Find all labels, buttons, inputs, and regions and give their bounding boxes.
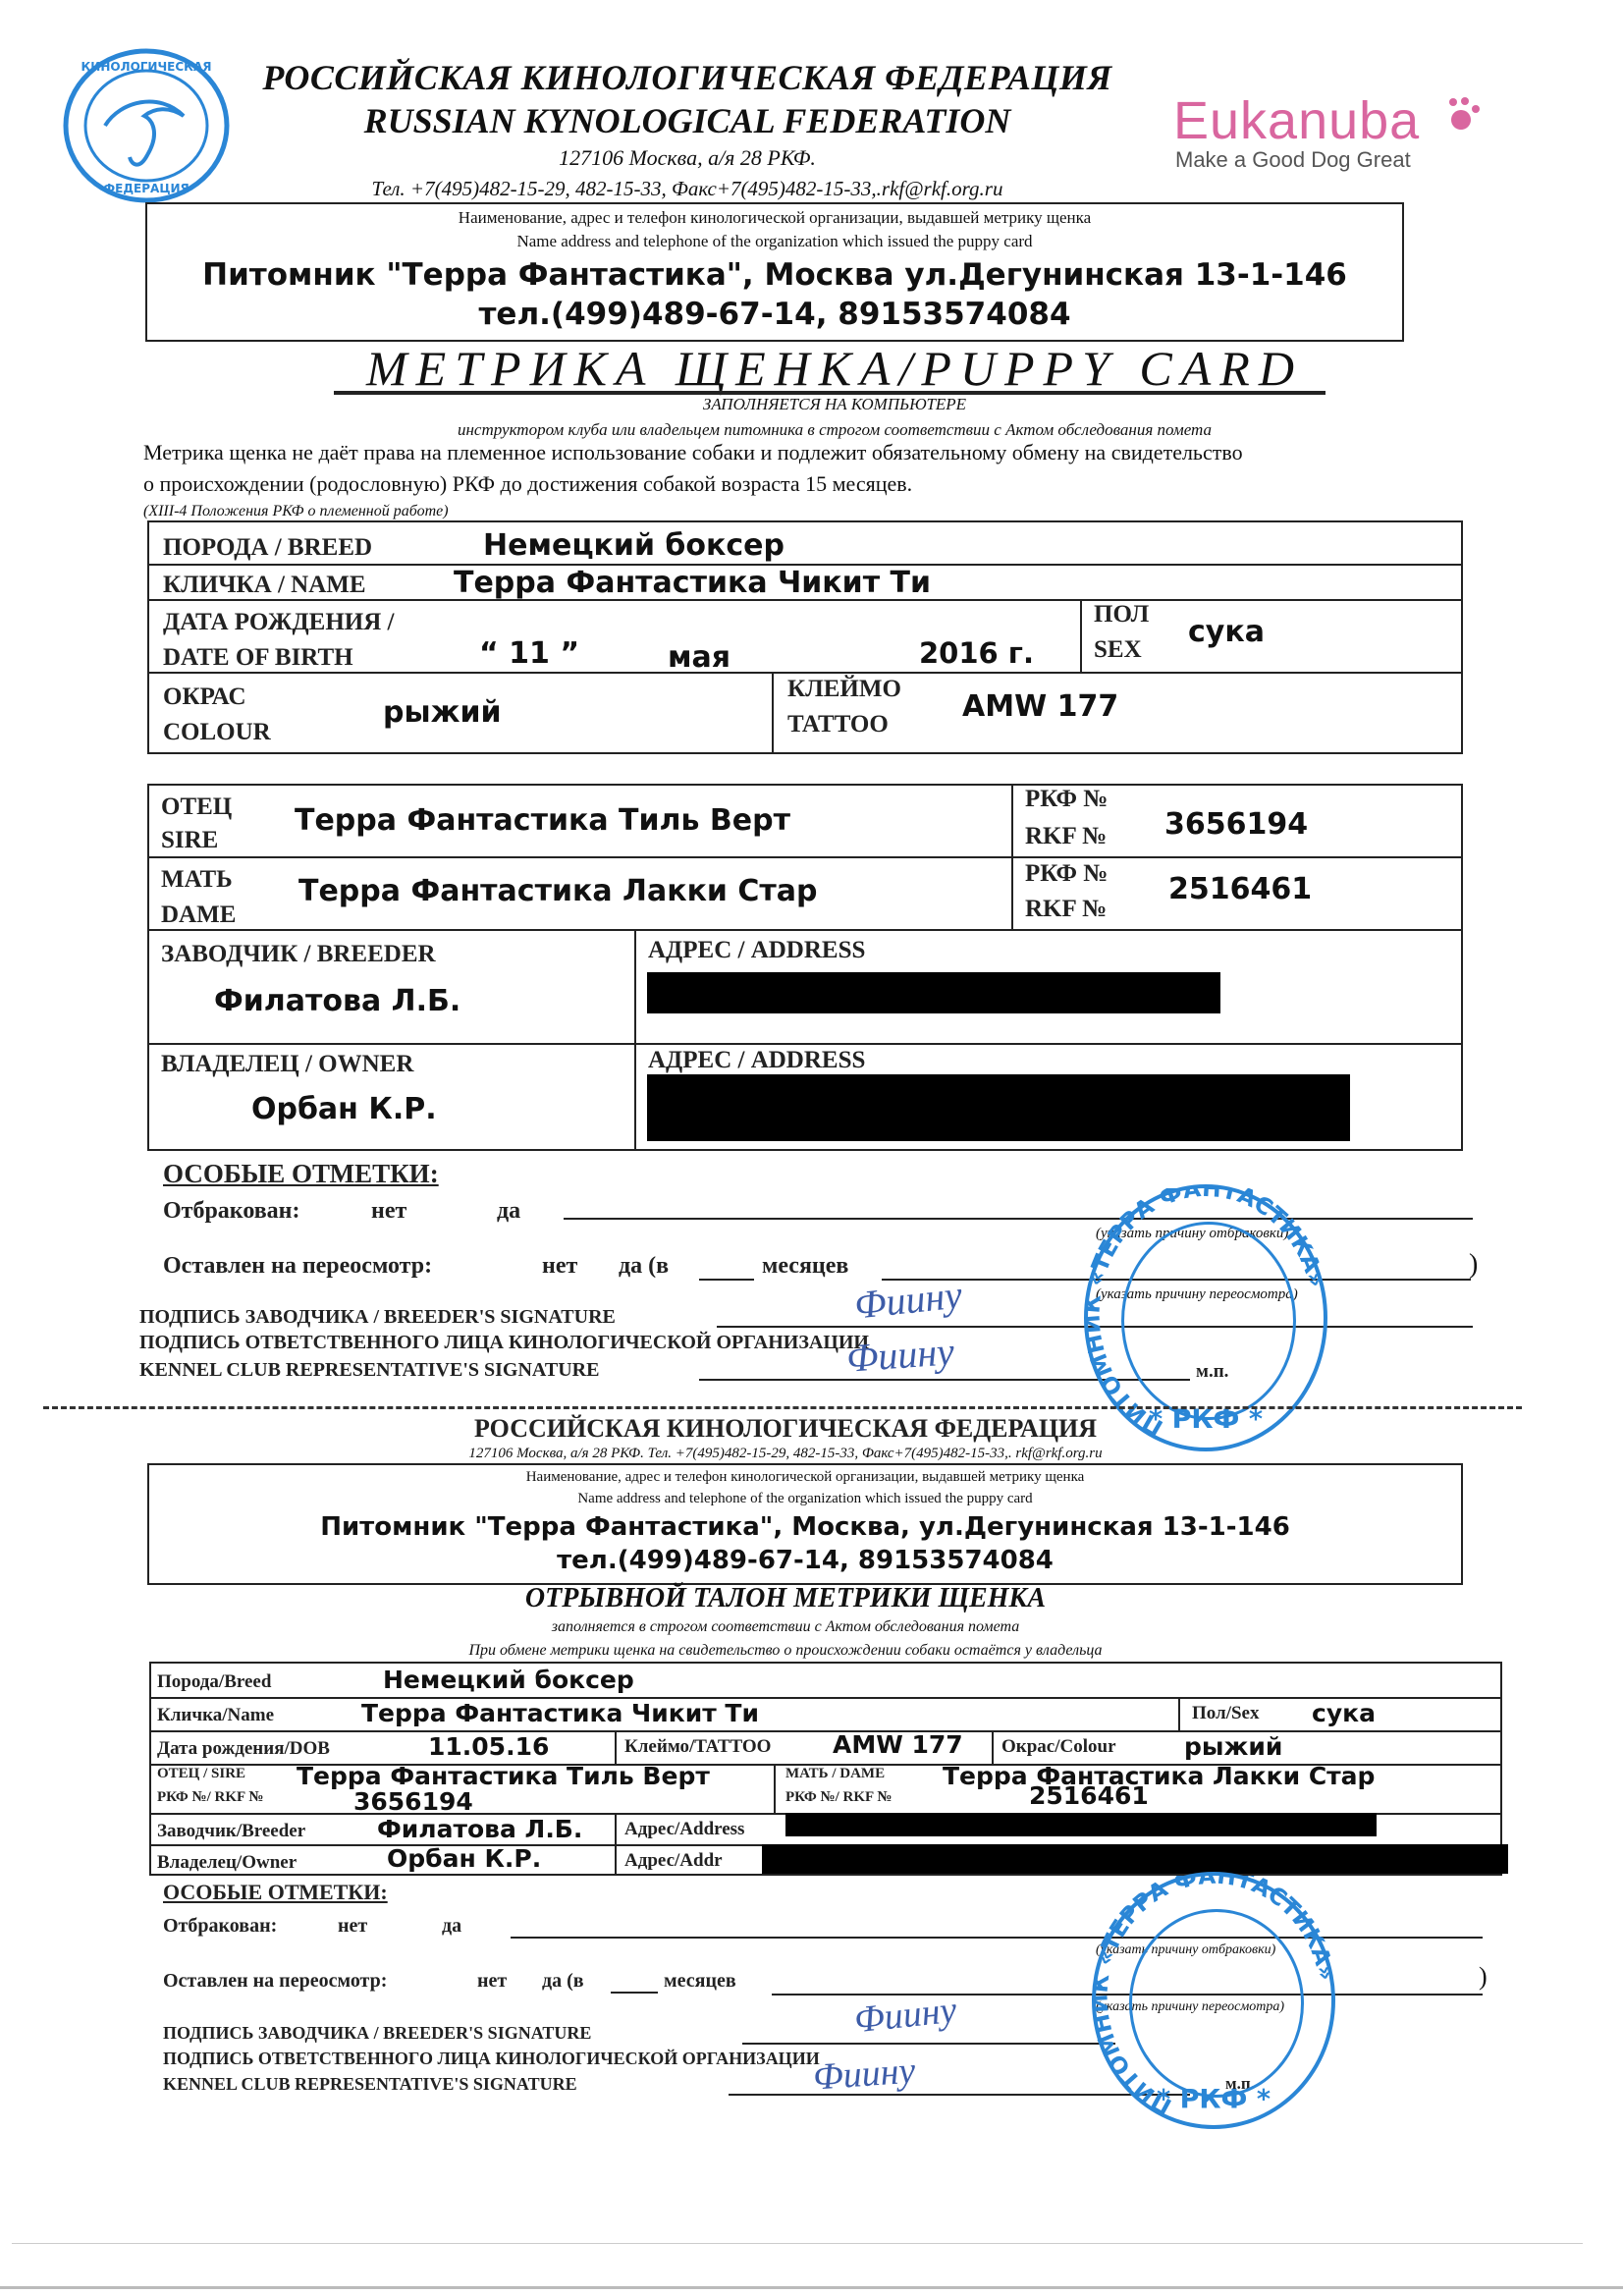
name-value: Терра Фантастика Чикит Ти [454,566,931,600]
club-signature: Фиину [844,1328,955,1382]
row-divider [149,1697,1502,1699]
rkf-logo-icon: КИНОЛОГИЧЕСКАЯ ФЕДЕРАЦИЯ [61,47,232,204]
stub-owner-value: Орбан К.Р. [387,1844,541,1873]
card-subtitle2: инструктором клуба или владельцем питомн… [236,420,1434,440]
stub-colour-value: рыжий [1184,1732,1282,1761]
stub-review-no: нет [477,1970,507,1993]
stub-dob-value: 11.05.16 [428,1732,549,1761]
sire-rkf-label-en: RKF № [1025,823,1107,850]
dob-year: 2016 г. [919,636,1034,670]
stub-sire-label: ОТЕЦ / SIRE [157,1766,245,1782]
col-divider [772,672,774,754]
tattoo-label-en: TATTOO [787,711,889,738]
stub-club-sig-label-en: KENNEL CLUB REPRESENTATIVE'S SIGNATURE [163,2074,577,2095]
stub-subtitle1: заполняется в строгом соответствии с Акт… [295,1618,1276,1636]
stub-issuer-caption-ru: Наименование, адрес и телефон кинологиче… [147,1469,1463,1486]
stub-culled-reason-line[interactable] [511,1937,1483,1939]
stub-club-signature: Фиину [812,2049,917,2099]
dob-label-ru: ДАТА РОЖДЕНИЯ / [163,609,394,636]
svg-text:ПИТОМНИК «ТЕРРА ФАНТАСТИКА»: ПИТОМНИК «ТЕРРА ФАНТАСТИКА» [1088,1188,1324,1441]
club-sig-label-ru: ПОДПИСЬ ОТВЕТСТВЕННОГО ЛИЦА КИНОЛОГИЧЕСК… [139,1332,869,1354]
stub-review-label: Оставлен на переосмотр: [163,1970,387,1993]
dame-label-ru: МАТЬ [161,866,233,894]
row-divider [147,929,1463,931]
sex-label-en: SEX [1094,636,1142,664]
review-no: нет [542,1253,577,1280]
dob-label-en: DATE OF BIRTH [163,644,353,672]
stub-breeder-value: Филатова Л.Б. [377,1815,582,1843]
sire-rkf-label-ru: РКФ № [1025,786,1108,813]
stub-review-yes: да (в [542,1970,584,1993]
dame-value: Терра Фантастика Лакки Стар [298,874,818,908]
stub-breeder-sig-line[interactable] [742,2043,1115,2045]
issuer-caption-ru: Наименование, адрес и телефон кинологиче… [145,208,1404,228]
stub-dame-rkf-label: РКФ №/ RKF № [785,1789,892,1806]
card-notice-ref: (XIII-4 Положения РКФ о племенной работе… [143,503,449,520]
colour-label-en: COLOUR [163,719,271,746]
col-divider [634,929,636,1151]
stub-issuer-caption-en: Name address and telephone of the organi… [147,1491,1463,1507]
breeder-signature: Фиину [852,1271,964,1328]
review-label: Оставлен на переосмотр: [163,1253,432,1280]
stub-sire-rkf-label: РКФ №/ RKF № [157,1789,263,1806]
stamp-outer-text: ПИТОМНИК «ТЕРРА ФАНТАСТИКА» [1088,1188,1324,1441]
stub-kennel-stamp: ПИТОМНИК «ТЕРРА ФАНТАСТИКА» * РКФ * [1092,1872,1335,2129]
culled-yes: да [497,1198,520,1225]
col-divider [1011,784,1013,929]
name-label: КЛИЧКА / NAME [163,572,366,599]
stamp-ring-icon: ПИТОМНИК «ТЕРРА ФАНТАСТИКА» * РКФ * [1096,1876,1331,2125]
owner-address-label: АДРЕС / ADDRESS [648,1047,865,1074]
stub-dame-label: МАТЬ / DAME [785,1766,885,1782]
colour-value: рыжий [383,695,502,730]
stub-review-paren: ) [1479,1962,1488,1992]
stub-name-label: Кличка/Name [157,1705,274,1726]
stub-breed-label: Порода/Breed [157,1671,271,1693]
issuer-caption-en: Name address and telephone of the organi… [145,232,1404,251]
org-postal: 127106 Москва, а/я 28 РКФ. [245,145,1129,171]
col-divider [774,1764,776,1813]
culled-reason-line[interactable] [564,1218,1473,1220]
tear-line [43,1406,1522,1409]
sire-value: Терра Фантастика Тиль Верт [295,803,790,838]
tattoo-value: AMW 177 [962,689,1118,724]
breeder-sig-label: ПОДПИСЬ ЗАВОДЧИКА / BREEDER'S SIGNATURE [139,1306,616,1329]
stub-review-months-line[interactable] [611,1992,658,1994]
stub-dame-value: Терра Фантастика Лакки Стар [943,1762,1375,1790]
org-title-ru: РОССИЙСКАЯ КИНОЛОГИЧЕСКАЯ ФЕДЕРАЦИЯ [245,57,1129,98]
breed-value: Немецкий боксер [483,528,784,563]
sire-label-en: SIRE [161,827,218,854]
sex-label-ru: ПОЛ [1094,601,1149,629]
marks-title: ОСОБЫЕ ОТМЕТКИ: [163,1159,439,1189]
row-divider [147,672,1463,674]
stub-dame-rkf-value: 2516461 [1029,1781,1149,1810]
review-months: месяцев [762,1253,848,1280]
dob-day: “ 11 ” [479,636,579,671]
stub-breeder-signature: Фиину [852,1989,958,2043]
issuer-line1: Питомник "Терра Фантастика", Москва ул.Д… [145,257,1404,293]
breeder-label: ЗАВОДЧИК / BREEDER [161,941,436,968]
kennel-stamp: ПИТОМНИК «ТЕРРА ФАНТАСТИКА» * РКФ * [1084,1184,1327,1451]
stub-breed-value: Немецкий боксер [383,1666,634,1694]
stub-breeder-label: Заводчик/Breeder [157,1821,305,1842]
page-edge [0,2286,1623,2289]
svg-text:ФЕДЕРАЦИЯ: ФЕДЕРАЦИЯ [103,182,189,195]
stub-tattoo-label: Клеймо/TATTOO [624,1736,771,1758]
stub-issuer-line1: Питомник "Терра Фантастика", Москва, ул.… [147,1512,1463,1542]
svg-text:КИНОЛОГИЧЕСКАЯ: КИНОЛОГИЧЕСКАЯ [81,60,212,74]
row-divider [147,1043,1463,1045]
stub-breeder-sig-label: ПОДПИСЬ ЗАВОДЧИКА / BREEDER'S SIGNATURE [163,2023,591,2044]
col-divider [1080,599,1082,672]
stub-stamp-bottom-text: * РКФ * [1157,2084,1271,2114]
stub-sire-value: Терра Фантастика Тиль Верт [297,1762,710,1790]
stub-marks-title: ОСОБЫЕ ОТМЕТКИ: [163,1880,388,1905]
svg-text:ПИТОМНИК «ТЕРРА ФАНТАСТИКА»: ПИТОМНИК «ТЕРРА ФАНТАСТИКА» [1096,1876,1331,2120]
stub-name-value: Терра Фантастика Чикит Ти [361,1699,759,1727]
org-title-en: RUSSIAN KYNOLOGICAL FEDERATION [245,100,1129,141]
stub-colour-label: Окрас/Colour [1001,1736,1116,1758]
stub-sex-value: сука [1312,1699,1376,1727]
owner-address-redacted [647,1074,1350,1141]
review-months-line[interactable] [699,1279,754,1281]
colour-label-ru: ОКРАС [163,683,246,711]
card-title: МЕТРИКА ЩЕНКА/PUPPY CARD [295,340,1375,397]
stub-tattoo-value: AMW 177 [833,1730,963,1759]
dame-rkf-label-ru: РКФ № [1025,860,1108,888]
stub-title: ОТРЫВНОЙ ТАЛОН МЕТРИКИ ЩЕНКА [295,1583,1276,1614]
dame-rkf-label-en: RKF № [1025,896,1107,923]
card-notice-line1: Метрика щенка не даёт права на племенное… [143,440,1243,465]
sire-rkf-value: 3656194 [1164,807,1308,842]
stub-owner-address-label: Адрес/Addr [624,1850,723,1872]
stub-issuer-line2: тел.(499)489-67-14, 89153574084 [147,1546,1463,1575]
row-divider [147,856,1463,858]
breeder-value: Филатова Л.Б. [214,984,460,1018]
stub-owner-address-redacted [762,1844,1508,1874]
col-divider [615,1730,617,1764]
stub-contacts: 127106 Москва, а/я 28 РКФ. Тел. +7(495)4… [295,1446,1276,1462]
culled-no: нет [371,1198,406,1225]
eukanuba-logo: Eukanuba Make a Good Dog Great [1173,90,1507,179]
review-paren: ) [1469,1249,1478,1281]
paw-icon [1443,96,1483,139]
org-contacts: Тел. +7(495)482-15-29, 482-15-33, Факс+7… [236,177,1139,201]
col-divider [992,1730,994,1764]
col-divider [1178,1697,1180,1730]
stub-sire-rkf-value: 3656194 [353,1787,473,1816]
issuer-line2: тел.(499)489-67-14, 89153574084 [145,297,1404,332]
owner-value: Орбан К.Р. [251,1092,437,1126]
breeder-address-label: АДРЕС / ADDRESS [648,937,865,964]
dob-day-underline [501,672,568,674]
rkf-logo: КИНОЛОГИЧЕСКАЯ ФЕДЕРАЦИЯ [61,47,232,204]
culled-label: Отбракован: [163,1198,300,1225]
col-divider [615,1813,617,1876]
sire-label-ru: ОТЕЦ [161,793,232,821]
breeder-address-redacted [647,972,1220,1013]
stub-sex-label: Пол/Sex [1192,1703,1259,1724]
scan-line [12,2243,1583,2244]
card-notice-line2: о происхождении (родословную) РКФ до дос… [143,471,912,497]
club-sig-label-en: KENNEL CLUB REPRESENTATIVE'S SIGNATURE [139,1359,599,1382]
stub-breeder-address-label: Адрес/Address [624,1819,744,1840]
breed-label: ПОРОДА / BREED [163,534,372,562]
stub-culled-yes: да [442,1915,461,1938]
stub-owner-label: Владелец/Owner [157,1852,297,1874]
card-subtitle1: ЗАПОЛНЯЕТСЯ НА КОМПЬЮТЕРЕ [295,395,1375,414]
tattoo-label-ru: КЛЕЙМО [787,676,901,703]
review-yes: да (в [619,1253,669,1280]
stub-culled-no: нет [338,1915,367,1938]
sex-value: сука [1188,615,1265,649]
dame-label-en: DAME [161,902,236,929]
dame-rkf-value: 2516461 [1168,872,1312,906]
stub-dob-label: Дата рождения/DOB [157,1738,330,1760]
eukanuba-wordmark: Eukanuba [1173,90,1420,151]
stub-review-months: месяцев [664,1970,736,1993]
dob-month: мая [668,640,730,675]
stub-org-title: РОССИЙСКАЯ КИНОЛОГИЧЕСКАЯ ФЕДЕРАЦИЯ [295,1414,1276,1444]
stub-stamp-outer-text: ПИТОМНИК «ТЕРРА ФАНТАСТИКА» [1096,1876,1331,2120]
stub-breeder-address-redacted [785,1813,1377,1836]
row-divider [149,1730,1502,1732]
stub-subtitle2: При обмене метрики щенка на свидетельств… [245,1642,1325,1660]
owner-label: ВЛАДЕЛЕЦ / OWNER [161,1051,413,1078]
stub-culled-label: Отбракован: [163,1915,277,1938]
stub-club-sig-label-ru: ПОДПИСЬ ОТВЕТСТВЕННОГО ЛИЦА КИНОЛОГИЧЕСК… [163,2049,820,2069]
eukanuba-tagline: Make a Good Dog Great [1175,147,1411,173]
